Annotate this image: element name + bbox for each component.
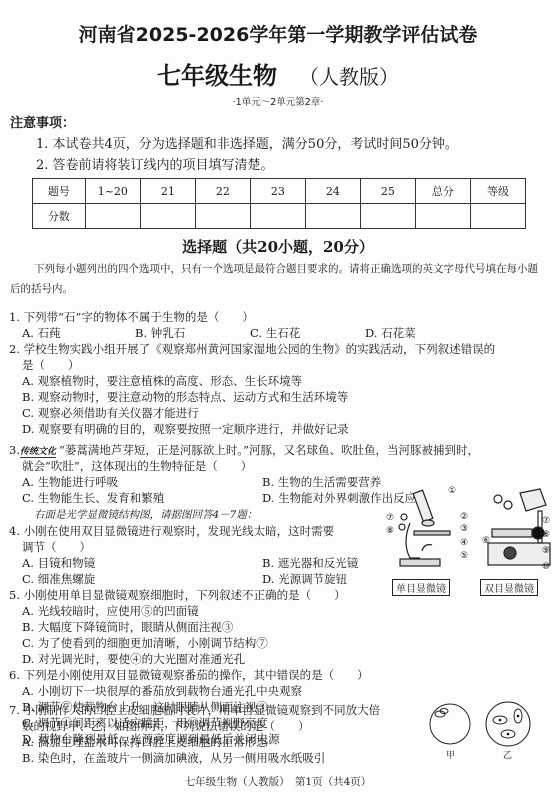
question-2-stem-cont: 是（ ） <box>22 357 80 373</box>
question-2-option-b: B. 观察动物时，要注意动物的形态特点、运动方式和生活环境等 <box>22 389 348 405</box>
question-1-option-b: B. 钟乳石 <box>135 325 185 341</box>
header-cell: 21 <box>140 179 195 204</box>
question-1-option-a: A. 石莼 <box>22 325 61 341</box>
score-cell[interactable] <box>305 204 360 229</box>
question-7-option-a: A. 滴加生理盐水可保持口腔上皮细胞的正常形态 <box>22 734 268 750</box>
score-cell[interactable] <box>85 204 140 229</box>
field-of-view-figure: 甲 乙 <box>428 700 548 762</box>
notice-title: 注意事项： <box>10 112 75 131</box>
section-title: 选择题（共20小题，20分） <box>0 236 556 257</box>
figure-note: 右面是光学显微镜结构图，请据图回答4－7题： <box>34 507 257 522</box>
question-4-stem-cont: 调节（ ） <box>22 539 91 555</box>
question-2-stem: 2. 学校生物实践小组开展了《观察郑州黄河国家湿地公园的生物》的实践活动，下列叙… <box>9 341 495 357</box>
score-cell[interactable] <box>250 204 305 229</box>
caption-yi: 乙 <box>503 748 512 761</box>
svg-text:⑦: ⑦ <box>386 513 394 523</box>
score-table: 题号 1~20 21 22 23 24 25 总分 等级 分数 <box>32 178 526 229</box>
subject: 七年级生物 <box>157 61 277 90</box>
question-5-option-c: C. 为了使看到的细胞更加清晰，小刚调节结构⑦ <box>22 635 268 651</box>
svg-text:⑧: ⑧ <box>386 526 394 536</box>
svg-text:⑥: ⑥ <box>482 536 490 546</box>
question-4-option-b: B. 遮光器和反光镜 <box>262 555 358 571</box>
question-3-stem: 3.传统文化“蒌蒿满地芦芽短，正是河豚欲上时。”河豚，又名球鱼、吹肚鱼，当河豚被… <box>9 442 479 458</box>
header-cell: 25 <box>360 179 415 204</box>
caption-jia: 甲 <box>446 748 455 761</box>
question-5-option-a: A. 光线较暗时，应使用⑤的凹面镜 <box>22 603 199 619</box>
question-3-prefix: 3. <box>9 443 20 457</box>
question-3-text: “蒌蒿满地芦芽短，正是河豚欲上时。”河豚，又名球鱼、吹肚鱼，当河豚被捕到时， <box>59 443 479 457</box>
svg-text:⑧: ⑧ <box>542 530 550 540</box>
svg-text:⑨: ⑨ <box>542 546 550 556</box>
question-5-option-d: D. 对光调光时，要使④的大光圈对准通光孔 <box>22 651 245 667</box>
traditional-culture-badge: 传统文化 <box>20 444 56 458</box>
score-cell[interactable] <box>360 204 415 229</box>
svg-text:⑦: ⑦ <box>542 516 550 526</box>
exam-title: 河南省2025-2026学年第一学期教学评估试卷 <box>0 20 556 47</box>
question-1-option-d: D. 石花菜 <box>365 325 416 341</box>
score-cell[interactable] <box>470 204 525 229</box>
question-1-stem: 1. 下列带“石”字的物体不属于生物的是（ ） <box>9 309 254 325</box>
microscope-figure: ① ⑦ ⑧ ② ③ ④ ⑤ ⑥ ⑦ ⑧ ⑨ ⑩ 单目显微镜 双目显微镜 <box>380 483 556 598</box>
question-4-option-d: D. 光源调节旋钮 <box>262 571 347 587</box>
question-7-option-b: B. 染色时，在盖玻片一侧滴加碘液，从另一侧用吸水纸吸引 <box>22 750 325 766</box>
notice-item-2: 2. 答卷前请将装订线内的项目填写清楚。 <box>36 154 274 173</box>
svg-text:⑤: ⑤ <box>460 551 468 561</box>
score-table-score-row: 分数 <box>33 204 526 229</box>
row-label: 分数 <box>33 204 86 229</box>
svg-text:③: ③ <box>460 524 468 534</box>
svg-text:②: ② <box>460 512 468 522</box>
score-cell[interactable] <box>140 204 195 229</box>
question-2-option-c: C. 观察必须借助有关仪器才能进行 <box>22 405 199 421</box>
question-6-stem: 6. 下列是小刚使用双目显微镜观察番茄的操作，其中错误的是（ ） <box>9 667 369 683</box>
caption-binocular: 双目显微镜 <box>480 579 538 596</box>
svg-text:④: ④ <box>460 538 468 548</box>
subject-title: 七年级生物（人教版） <box>0 56 556 91</box>
question-2-option-d: D. 观察要有明确的目的，观察要按照一定顺序进行，并做好记录 <box>22 421 349 437</box>
caption-monocular: 单目显微镜 <box>392 579 450 596</box>
header-cell: 等级 <box>470 179 525 204</box>
score-cell[interactable] <box>415 204 470 229</box>
question-7-stem: 7. 小刚制作人的口腔上皮细胞临时装片，用单目显微镜观察到不同放大倍 <box>9 702 380 718</box>
question-3-stem-cont: 就会“吹肚”，这体现出的生物特征是（ ） <box>22 458 252 474</box>
microscope-illustration: ① ⑦ ⑧ ② ③ ④ ⑤ ⑥ ⑦ ⑧ ⑨ ⑩ <box>380 483 556 583</box>
header-cell: 22 <box>195 179 250 204</box>
header-cell: 1~20 <box>85 179 140 204</box>
score-cell[interactable] <box>195 204 250 229</box>
question-5-stem: 5. 小刚使用单目显微镜观察细胞时，下列叙述不正确的是（ ） <box>9 587 346 603</box>
question-4-option-a: A. 目镜和物镜 <box>22 555 95 571</box>
header-cell: 24 <box>305 179 360 204</box>
header-cell: 23 <box>250 179 305 204</box>
edition: （人教版） <box>299 65 399 89</box>
question-3-option-a: A. 生物能进行呼吸 <box>22 474 118 490</box>
question-4-option-c: C. 细准焦螺旋 <box>22 571 95 587</box>
page-footer: 七年级生物（人教版） 第1页（共4页） <box>0 774 556 789</box>
score-table-header-row: 题号 1~20 21 22 23 24 25 总分 等级 <box>33 179 526 204</box>
header-cell: 总分 <box>415 179 470 204</box>
question-5-option-b: B. 大幅度下降镜筒时，眼睛从侧面注视③ <box>22 619 233 635</box>
question-2-option-a: A. 观察植物时，要注意植株的高度、形态、生长环境等 <box>22 373 302 389</box>
exam-scope: ·1单元～2单元第2章· <box>0 94 556 108</box>
question-3-option-c: C. 生物能生长、发育和繁殖 <box>22 490 164 506</box>
question-6-option-a: A. 小刚切下一块很厚的番茄放到载物台通光孔中央观察 <box>22 683 302 699</box>
section-instructions: 下列每小题列出的四个选项中，只有一个选项是最符合题目要求的。请将正确选项的英文字… <box>10 259 546 299</box>
question-3-option-b: B. 生物的生活需要营养 <box>262 474 381 490</box>
question-4-stem: 4. 小刚在使用双目显微镜进行观察时，发现光线太暗，这时需要 <box>9 523 334 539</box>
notice-item-1: 1. 本试卷共4页，分为选择题和非选择题，满分50分，考试时间50分钟。 <box>36 133 458 152</box>
question-7-stem-cont: 数的视野甲、乙，如图所示，下列说法错误的是（ ） <box>22 718 310 734</box>
svg-text:⑩: ⑩ <box>542 562 550 572</box>
header-cell: 题号 <box>33 179 86 204</box>
svg-text:①: ① <box>448 486 456 496</box>
cell-view-illustration <box>428 700 548 752</box>
question-1-option-c: C. 生石花 <box>250 325 300 341</box>
